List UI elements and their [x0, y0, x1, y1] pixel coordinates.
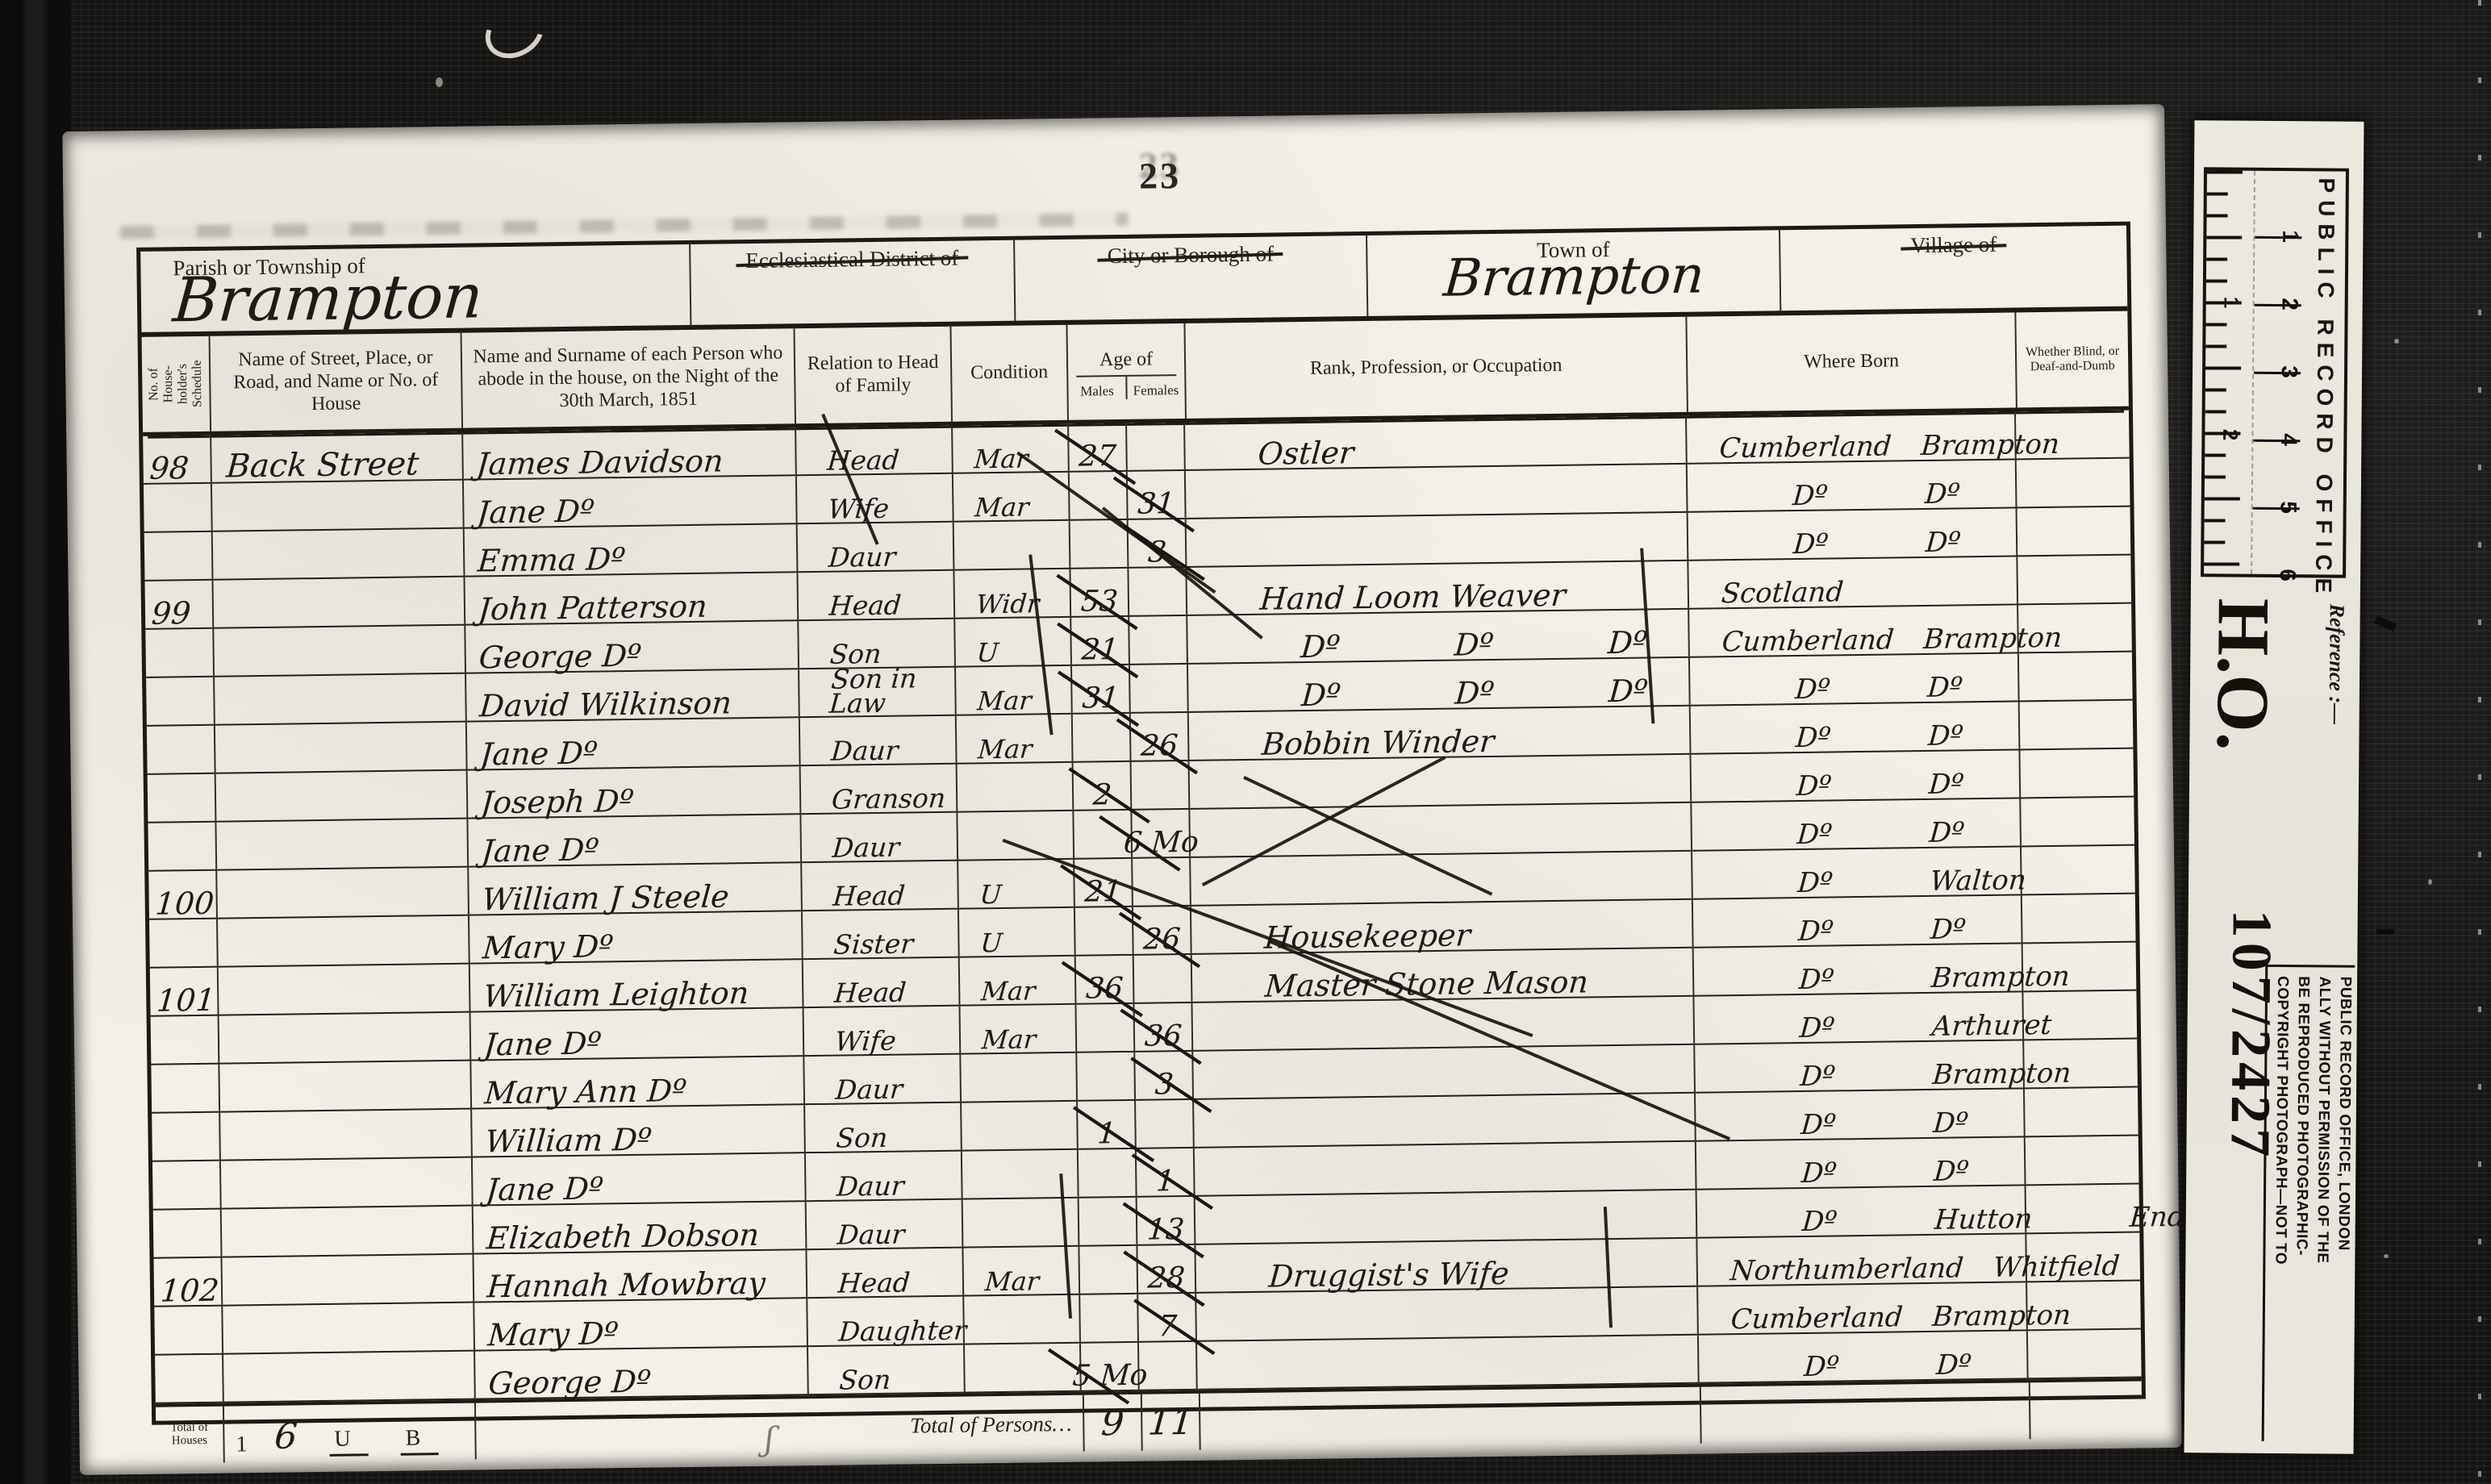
relation-value: Wife: [803, 1029, 897, 1054]
reference-label: Reference :—: [2320, 603, 2349, 805]
person-name: Hannah Mowbray: [474, 1269, 766, 1301]
occupation-value: [1191, 855, 1263, 856]
person-name: George Dº: [465, 642, 643, 672]
occupation-value: [1195, 1242, 1268, 1243]
age-male-value: 1: [1096, 1121, 1116, 1148]
age-male-value: 5 Mo: [1071, 1362, 1148, 1390]
person-name: Joseph Dº: [467, 787, 635, 817]
age-female-value: 7: [1157, 1314, 1177, 1340]
city-borough-label: City or Borough of: [1108, 241, 1275, 269]
age-female-value: 6 Mo: [1122, 829, 1199, 857]
col-name: Name and Surname of each Person who abod…: [462, 328, 797, 427]
total-persons-label: Total of Persons…: [476, 1395, 1085, 1460]
ruler-inch-number: 2: [2218, 429, 2243, 441]
age-female-value: 1: [1155, 1169, 1175, 1195]
ecclesiastical-district-label: Ecclesiastical District of: [745, 246, 958, 273]
person-name: William Dº: [471, 1125, 653, 1155]
relation-value: Son in Law: [798, 665, 956, 715]
person-name: Elizabeth Dobson: [473, 1221, 760, 1253]
schedule-number: 99: [144, 599, 192, 627]
age-female-value: 36: [1144, 1023, 1183, 1050]
person-name: George Dº: [474, 1368, 652, 1398]
blind-value: [2021, 798, 2133, 846]
occupation-value: Hand Loom Weaver: [1187, 582, 1567, 614]
occupation-value: [1198, 1387, 1271, 1388]
age-female-value: 13: [1146, 1217, 1185, 1244]
public-record-office-label: PUBLIC RECORD OFFICE: [2304, 177, 2339, 561]
col-occupation: Rank, Profession, or Occupation: [1185, 317, 1688, 419]
blind-value: [2019, 652, 2131, 701]
relation-value: Daughter: [807, 1319, 968, 1344]
where-born-value: Dº Brampton: [1693, 963, 2071, 994]
where-born-value: Dº Dº: [1690, 723, 1964, 752]
person-name: Mary Ann Dº: [471, 1077, 688, 1107]
parish-value: Brampton: [171, 269, 485, 327]
col-where-born: Where Born: [1687, 312, 2017, 411]
film-left-margin: [0, 0, 71, 1484]
person-name: James Davidson: [462, 447, 724, 477]
person-name: Jane Dº: [468, 836, 600, 865]
age-male-value: 27: [1078, 444, 1116, 470]
condition-value: Mar: [960, 1028, 1037, 1053]
where-born-value: Dº Dº: [1698, 1352, 1972, 1382]
totals-blank: [1200, 1387, 1702, 1450]
person-name: Jane Dº: [466, 739, 599, 768]
census-rows: 98 Back Street James Davidson Head Mar 2…: [143, 411, 2141, 1404]
condition-value: Mar: [959, 980, 1036, 1004]
person-name: John Patterson: [465, 593, 708, 623]
relation-value: Head: [798, 594, 902, 619]
ruler-ticks: [2204, 170, 2254, 573]
blind-value: [2017, 459, 2129, 507]
totals-blank: [1701, 1382, 2031, 1443]
relation-value: Sister: [802, 932, 914, 958]
where-born-value: Dº Dº: [1695, 1110, 1969, 1140]
total-females: 11: [1146, 1401, 1195, 1443]
person-name: David Wilkinson: [465, 689, 732, 720]
building-letter: B: [400, 1425, 438, 1456]
occupation-value: Druggist's Wife: [1195, 1260, 1510, 1291]
blind-value: [2028, 1330, 2140, 1378]
blind-value: [2025, 1088, 2137, 1136]
person-name: Jane Dº: [463, 497, 595, 526]
condition-value: Mar: [963, 1270, 1040, 1294]
blind-value: [2022, 894, 2134, 943]
person-name: Mary Dº: [469, 932, 614, 962]
ruler-cm-number: 6: [2275, 569, 2301, 582]
occupation-value: [1187, 516, 1259, 517]
where-born-value: Dº Dº: [1691, 771, 1965, 801]
where-born-value: Dº Walton: [1692, 867, 2027, 898]
total-males: 9: [1099, 1403, 1125, 1444]
age-male-value: 36: [1085, 976, 1124, 1003]
film-scratch: [476, 0, 553, 69]
ink-smudge: [120, 213, 1129, 239]
town-value: Brampton: [1442, 252, 1705, 302]
col-age-males: Males: [1068, 377, 1127, 400]
where-born-value: Dº Dº: [1688, 529, 1962, 559]
where-born-value: Dº Dº: [1687, 481, 1961, 511]
copyright-line: BE REPRODUCED PHOTOGRAPHIC-: [2289, 976, 2312, 1428]
microfilm-frame: 23 ʃ Parish or Township of Brampton Eccl…: [0, 0, 2491, 1484]
occupation-value: [1191, 903, 1264, 904]
condition-value: Widr: [954, 593, 1040, 617]
person-name: William J Steele: [468, 882, 730, 913]
age-male-value: 21: [1081, 637, 1120, 664]
film-edge-ticks: [2478, 0, 2481, 1484]
relation-value: Daur: [806, 1223, 905, 1248]
film-speck: [436, 77, 443, 87]
occupation-value: [1190, 807, 1262, 807]
relation-value: Daur: [797, 545, 896, 570]
person-name: William Leighton: [469, 979, 750, 1011]
where-born-value: Dº Brampton: [1695, 1060, 2072, 1090]
film-speck: [2394, 339, 2399, 344]
person-name: Mary Dº: [474, 1319, 620, 1349]
blind-value: [2022, 846, 2134, 894]
condition-value: U: [958, 932, 1003, 956]
col-age: Age of: [1068, 344, 1184, 376]
totals-blank: [2030, 1382, 2143, 1440]
relation-value: Head: [802, 884, 906, 909]
blind-value: [2020, 749, 2132, 798]
where-born-value: Dº Hutton End: [1696, 1203, 2186, 1236]
where-born-value: Northumberland Whitfield: [1697, 1253, 2121, 1285]
village-label: Village of: [1910, 232, 1997, 258]
relation-value: Son: [807, 1368, 891, 1393]
relation-value: Granson: [800, 786, 946, 812]
houses-printed-one: 1: [236, 1432, 247, 1457]
condition-value: Mar: [955, 690, 1032, 714]
occupation-value: [1187, 565, 1259, 565]
reference-dept: H.O.: [2196, 598, 2281, 808]
relation-value: Daur: [805, 1174, 904, 1199]
age-female-value: 3: [1154, 1072, 1174, 1098]
census-table: Parish or Township of Brampton Ecclesias…: [136, 222, 2146, 1425]
col-street: Name of Street, Place, or Road, and Name…: [211, 333, 464, 431]
person-name: Jane Dº: [470, 1029, 603, 1058]
condition-value: U: [958, 883, 1003, 907]
street-name: Back Street: [211, 449, 419, 481]
age-female-value: 26: [1142, 927, 1181, 953]
col-blind: Whether Blind, or Deaf-and-Dumb: [2016, 311, 2129, 408]
blind-value: [2020, 701, 2132, 749]
where-born-value: Dº Dº: [1692, 819, 1966, 849]
occupation-value: Dº Dº Dº: [1187, 677, 1649, 711]
age-female-value: 28: [1147, 1265, 1186, 1292]
film-speck: [2384, 1254, 2389, 1258]
where-born-value: Cumberland Brampton: [1686, 431, 2060, 461]
relation-value: Daur: [799, 739, 899, 764]
where-born-value: Dº Dº: [1696, 1158, 1970, 1188]
census-page: 23 ʃ Parish or Township of Brampton Eccl…: [62, 104, 2182, 1475]
total-houses-label: Total of Houses: [156, 1407, 225, 1464]
page-number: 23: [1104, 153, 1217, 198]
pro-reference-strip: 1 2 1 2 3 4 5 6 PUBLIC RECORD OFFICE H.O…: [2184, 120, 2364, 1454]
blind-value: [2017, 507, 2130, 556]
age-male-value: 2: [1091, 782, 1112, 809]
occupation-value: [1193, 1048, 1266, 1049]
film-speck: [2428, 879, 2432, 885]
relation-value: Daur: [801, 836, 900, 861]
schedule-number: 102: [153, 1277, 220, 1305]
ruler: 1 2 1 2 3 4 5 6 PUBLIC RECORD OFFICE: [2201, 167, 2349, 577]
schedule-number: 100: [148, 890, 215, 918]
occupation-value: Bobbin Winder: [1188, 727, 1496, 759]
relation-value: Head: [807, 1271, 911, 1296]
relation-value: Son: [805, 1126, 889, 1151]
copyright-line: ALLY WITHOUT PERMISSION OF THE: [2310, 976, 2333, 1428]
relation-value: Wife: [796, 497, 890, 522]
col-age-females: Females: [1127, 376, 1184, 399]
where-born-value: Scotland: [1688, 579, 1845, 607]
condition-value: Mar: [956, 738, 1033, 762]
occupation-value: [1197, 1339, 1270, 1340]
relation-value: Daur: [804, 1078, 903, 1103]
where-born-value: Cumberland Brampton: [1697, 1302, 2072, 1332]
blind-value: [2026, 1136, 2138, 1185]
relation-value: Head: [803, 981, 907, 1006]
where-born-value: Dº Arthuret: [1694, 1012, 2053, 1043]
age-female-value: 26: [1140, 733, 1179, 760]
occupation-value: [1195, 1145, 1267, 1146]
col-relation: Relation to Head of Family: [795, 327, 953, 424]
where-born-value: Dº Dº: [1689, 674, 1963, 704]
blind-value: [2017, 556, 2130, 604]
ruler-inch-number: 1: [2218, 297, 2243, 309]
age-male-value: 31: [1081, 686, 1120, 712]
condition-value: U: [955, 641, 999, 665]
film-mark: [2376, 929, 2394, 934]
houses-count: 6: [273, 1415, 298, 1457]
where-born-value: Dº Dº: [1692, 916, 1967, 946]
ruler-cm-column: 1 2 3 4 5 6: [2251, 171, 2302, 574]
schedule-number: 98: [142, 454, 190, 482]
where-born-value: Cumberland Brampton: [1688, 624, 2063, 655]
person-name: Emma Dº: [464, 545, 626, 575]
col-condition: Condition: [951, 325, 1069, 422]
person-name: Jane Dº: [472, 1174, 604, 1203]
occupation-value: [1195, 1194, 1268, 1194]
copyright-line: COPYRIGHT PHOTOGRAPH—NOT TO: [2268, 976, 2291, 1428]
age-female-value: 31: [1137, 491, 1175, 518]
film-mark: [2374, 615, 2397, 632]
occupation-value: Ostler: [1184, 439, 1354, 469]
age-male-value: 53: [1080, 589, 1119, 615]
schedule-number: 101: [149, 986, 216, 1015]
copyright-line: PUBLIC RECORD OFFICE, LONDON: [2331, 977, 2354, 1428]
uninhabited-letter: U: [329, 1426, 369, 1457]
condition-value: Mar: [953, 496, 1029, 520]
occupation-value: [1194, 1097, 1266, 1098]
col-schedule: No. of House-holder's Schedule: [147, 353, 206, 415]
